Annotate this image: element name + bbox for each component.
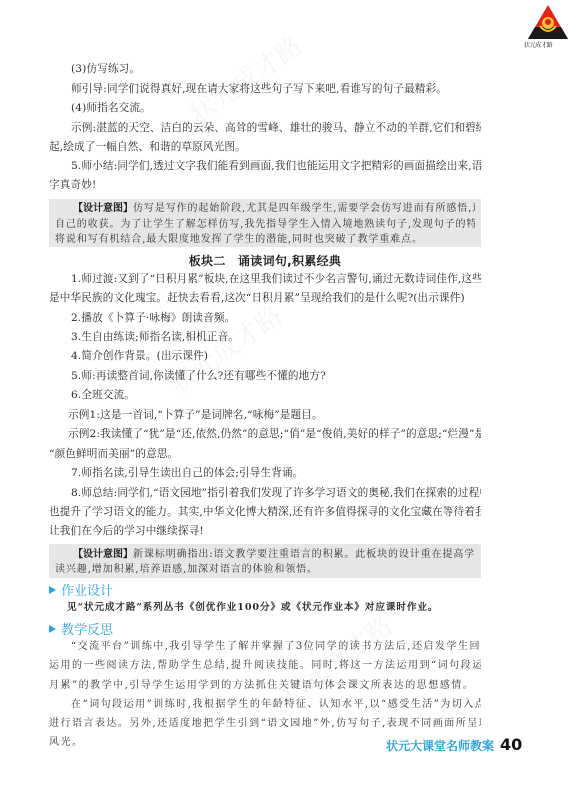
paragraph: 示例:湛蓝的天空、洁白的云朵、高耸的雪峰、雄壮的骏马、静立不动的羊群,它们和碧绿… [49,121,481,135]
list-item: 4.简介创作背景。(出示课件) [49,349,481,363]
list-item: 是中华民族的文化瑰宝。赶快去看看,这次“日积月累”呈现给我们的是什么呢?(出示课… [49,291,481,305]
heading-text: 作业设计 [61,584,113,599]
reflection-heading: 教学反思 [49,619,113,638]
triangle-bullet-icon [49,586,56,594]
list-item: 1.师过渡:又到了“日积月累”板块,在这里我们读过不少名言警句,诵过无数诗词佳作… [49,272,481,286]
section-title: 板块二 诵读词句,积累经典 [49,252,481,269]
list-item: 7.师指名读,引导生读出自己的体会;引导生背诵。 [49,466,481,480]
paragraph: 师引导:同学们说得真好,现在请大家将这些句子写下来吧,看谁写的句子最精彩。 [49,82,481,96]
paragraph: (3)仿写练习。 [49,62,481,76]
design-intent-text: 将说和写有机结合,最大限度地发挥了学生的潜能,同时也突破了教学重难点。 [55,233,475,247]
homework-text: 见“状元成才路”系列丛书《创优作业100分》或《状元作业本》对应课时作业。 [49,601,481,615]
list-item: 让我们在今后的学习中继续探寻! [49,524,481,538]
list-item: 6.全班交流。 [49,388,481,402]
design-intent-text: 仿写是写作的起始阶段,尤其是四年级学生,需要学会仿写进而有所感悟,逐渐有 [133,203,475,214]
paragraph: 进行语言表达。另外,还适度地把学生引到“语文园地”外,仿写句子,表现不同画面所呈… [49,717,481,731]
design-intent-label: 【设计意图】 [73,203,133,214]
example: “颜色鲜明而美丽”的意思。 [49,447,481,461]
brand-logo-text: 状元成才路 [524,40,553,49]
paragraph: 5.师小结:同学们,透过文字我们能看到画面,我们也能运用文字把精彩的画面描绘出来… [49,159,481,173]
design-intent-box: 【设计意图】新课标明确指出:语文教学要注重语言的积累。此板块的设计重在提高学生的… [49,544,481,578]
list-item: 8.师总结:同学们,“语文园地”指引着我们发现了许多学习语文的奥秘,我们在探索的… [49,486,481,500]
watermark: 状元成才路 [181,26,309,131]
heading-text: 教学反思 [61,623,113,638]
paragraph: 在“词句段运用”训练时,我根据学生的年龄特征、认知水平,以“感受生活”为切入点,… [49,698,481,712]
list-item: 3.生自由练读;师指名读,相机正音。 [49,330,481,344]
design-intent-text: 读兴趣,增加积累,培养语感,加深对语言的体验和领悟。 [55,563,475,577]
list-item: 5.师:再读整首词,你读懂了什么?还有哪些不懂的地方? [49,369,481,383]
example: 示例1:这是一首词,“卜算子”是词牌名,“咏梅”是题目。 [49,408,481,422]
design-intent-box: 【设计意图】仿写是写作的起始阶段,尤其是四年级学生,需要学会仿写进而有所感悟,逐… [49,199,481,247]
homework-heading: 作业设计 [49,580,113,599]
paragraph: 起,绘成了一幅自然、和谐的草原风光图。 [49,140,481,154]
design-intent-text: 新课标明确指出:语文教学要注重语言的积累。此板块的设计重在提高学生的诵 [133,549,475,560]
triangle-bullet-icon [49,625,56,633]
example: 示例2:我读懂了“犹”是“还,依然,仍然”的意思;“俏”是“俊俏,美好的样子”的… [49,427,481,441]
paragraph: 运用的一些阅读方法,帮助学生总结,提升阅读技能。同时,将这一方法运用到“词句段运… [49,659,481,673]
paragraph: 字真奇妙! [49,178,481,192]
paragraph: 月累”的教学中,引导学生运用学到的方法抓住关键语句体会课文所表达的思想感情。 [49,679,481,693]
design-intent-label: 【设计意图】 [73,549,133,560]
design-intent-text: 自己的收获。为了让学生了解怎样仿写,我先指导学生入情入境地熟读句子,发现句子的特… [55,218,475,232]
paragraph: “交流平台”训练中,我引导学生了解并掌握了3位同学的读书方法后,还启发学生回顾自… [49,640,481,654]
page-number: 40 [500,735,522,754]
list-item: 也提升了学习语文的能力。其实,中华文化博大精深,还有许多值得探寻的文化宝藏在等待… [49,505,481,519]
page-footer: 状元大课堂名师教案40 [386,735,522,754]
footer-brand: 状元大课堂名师教案 [386,739,494,753]
paragraph: (4)师指名交流。 [49,101,481,115]
list-item: 2.播放《卜算子·咏梅》朗读音频。 [49,311,481,325]
